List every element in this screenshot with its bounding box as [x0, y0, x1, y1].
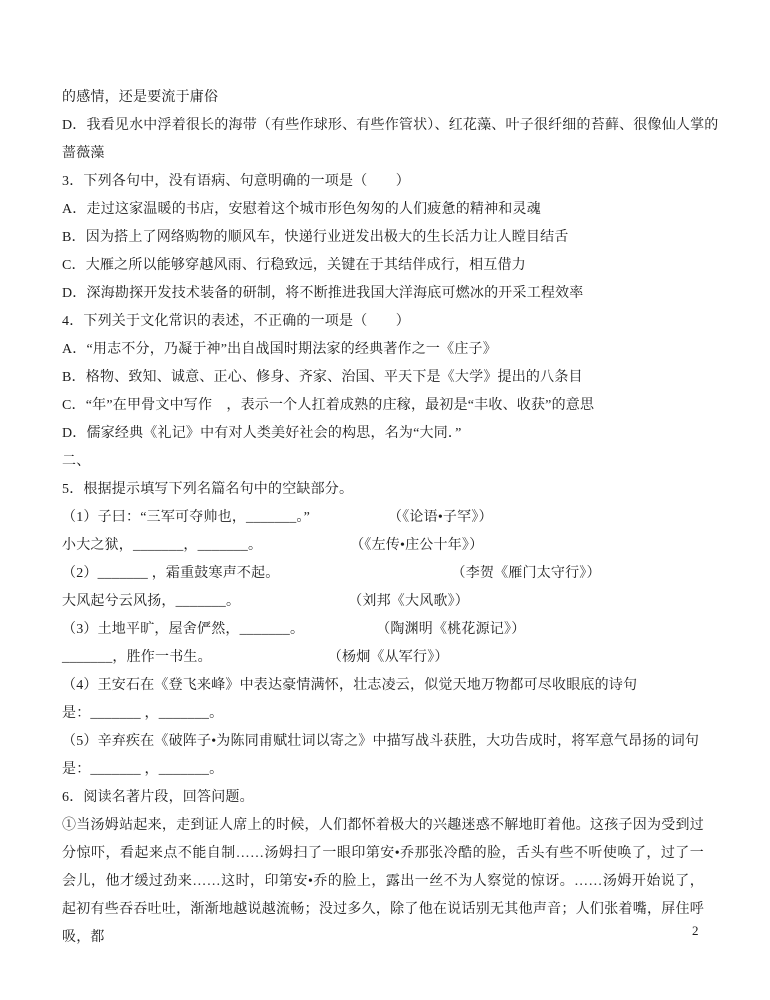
q3-option-d: D．深海勘探开发技术装备的研制，将不断推进我国大洋海底可燃冰的开采工程效率 — [62, 280, 704, 308]
q5-item-1-source: （《论语•子罕》） — [388, 504, 493, 532]
q5-stem: 5．根据提示填写下列名篇名句中的空缺部分。 — [62, 476, 704, 504]
q5-item-2-source: （《左传•庄公十年》） — [350, 532, 483, 560]
q5-item-3-source: （李贺《雁门太守行》） — [452, 560, 601, 588]
q3-option-c: C．大雁之所以能够穿越风雨、行稳致远，关键在于其结伴成行，相互借力 — [62, 252, 704, 280]
page-number: 2 — [692, 922, 699, 940]
exam-page: 的感情，还是要流于庸俗 D．我看见水中浮着很长的海带（有些作球形、有些作管状）、… — [0, 0, 770, 1000]
q5-item-5-text: （3）土地平旷，屋舍俨然，_______。 — [62, 622, 304, 637]
q5-item-7: （4）王安石在《登飞来峰》中表达豪情满怀，壮志凌云，似觉天地万物都可尽收眼底的诗… — [62, 672, 704, 700]
q5-item-6-text: _______，胜作一书生。 — [62, 650, 212, 665]
q3-option-a: A．走过这家温暖的书店，安慰着这个城市形色匆匆的人们疲惫的精神和灵魂 — [62, 196, 704, 224]
q3-option-b: B．因为搭上了网络购物的顺风车，快递行业迸发出极大的生长活力让人瞠目结舌 — [62, 224, 704, 252]
q5-item-1-text: （1）子曰：“三军可夺帅也，_______。” — [62, 510, 310, 525]
q5-item-7-answer-line: 是：_______ ，_______。 — [62, 700, 704, 728]
q5-item-5: （3）土地平旷，屋舍俨然，_______。（陶渊明《桃花源记》） — [62, 616, 704, 644]
q5-item-4-text: 大风起兮云风扬，_______。 — [62, 594, 240, 609]
q5-item-2-text: 小大之狱，_______，_______。 — [62, 538, 262, 553]
q4-option-c: C．“年”在甲骨文中写作 ，表示一个人扛着成熟的庄稼，最初是“丰收、收获”的意思 — [62, 392, 704, 420]
q5-item-5-source: （陶渊明《桃花源记》） — [376, 616, 525, 644]
q5-item-1: （1）子曰：“三军可夺帅也，_______。”（《论语•子罕》） — [62, 504, 704, 532]
q4-stem: 4．下列关于文化常识的表述，不正确的一项是（ ） — [62, 308, 704, 336]
q3-stem: 3．下列各句中，没有语病、句意明确的一项是（ ） — [62, 168, 704, 196]
exam-content: 的感情，还是要流于庸俗 D．我看见水中浮着很长的海带（有些作球形、有些作管状）、… — [62, 84, 704, 952]
section-two-heading: 二、 — [62, 448, 704, 476]
q5-item-4-source: （刘邦《大风歌》） — [348, 588, 469, 616]
q4-option-d: D．儒家经典《礼记》中有对人类美好社会的构思，名为“大同．” — [62, 420, 704, 448]
q4-option-a: A．“用志不分，乃凝于神”出自战国时期法家的经典著作之一《庄子》 — [62, 336, 704, 364]
q5-item-3: （2）_______ ，霜重鼓寒声不起。（李贺《雁门太守行》） — [62, 560, 704, 588]
q5-item-6-source: （杨炯《从军行》） — [328, 644, 449, 672]
q5-item-8-answer-line: 是：_______ ，_______。 — [62, 756, 704, 784]
q5-item-8: （5）辛弃疾在《破阵子•为陈同甫赋壮词以寄之》中描写战斗获胜，大功告成时，将军意… — [62, 728, 704, 756]
q2-option-d-line1: D．我看见水中浮着很长的海带（有些作球形、有些作管状）、红花藻、叶子很纤细的苔藓… — [62, 112, 704, 140]
q2-option-d-line2: 蔷薇藻 — [62, 140, 704, 168]
q5-item-3-text: （2）_______ ，霜重鼓寒声不起。 — [62, 566, 280, 581]
q5-item-4: 大风起兮云风扬，_______。（刘邦《大风歌》） — [62, 588, 704, 616]
q5-item-2: 小大之狱，_______，_______。（《左传•庄公十年》） — [62, 532, 704, 560]
q6-stem: 6．阅读名著片段，回答问题。 — [62, 784, 704, 812]
carryover-line: 的感情，还是要流于庸俗 — [62, 84, 704, 112]
q4-option-b: B．格物、致知、诚意、正心、修身、齐家、治国、平天下是《大学》提出的八条目 — [62, 364, 704, 392]
q6-passage: ①当汤姆站起来，走到证人席上的时候，人们都怀着极大的兴趣迷惑不解地盯着他。这孩子… — [62, 812, 704, 952]
q5-item-6: _______，胜作一书生。（杨炯《从军行》） — [62, 644, 704, 672]
